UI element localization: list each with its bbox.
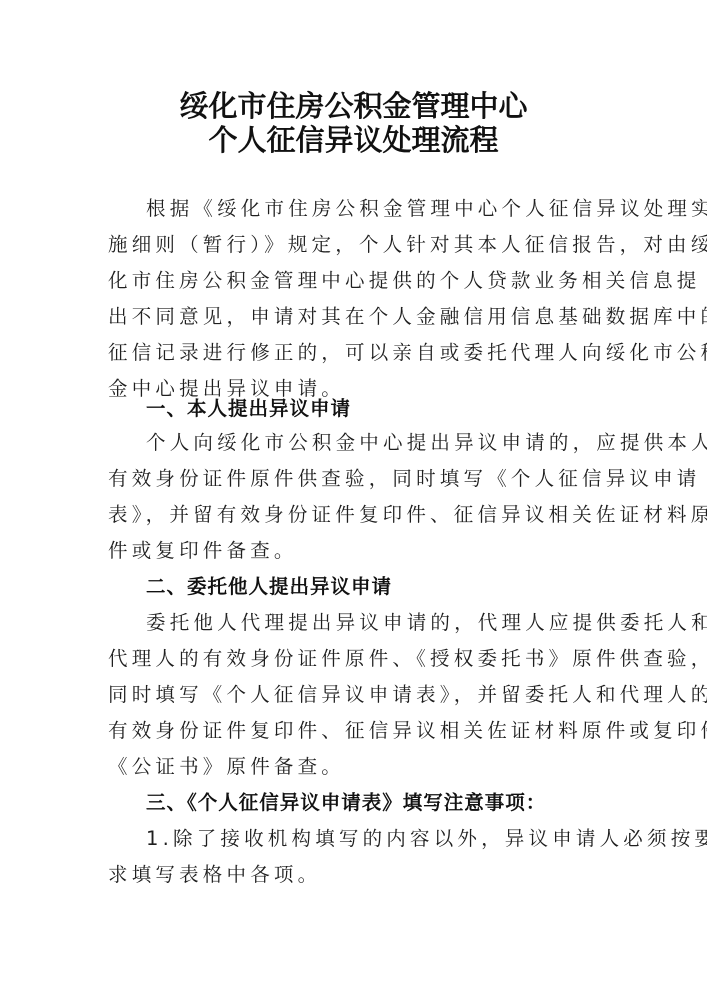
section-heading-1: 一、本人提出异议申请 [146,397,656,421]
section-3-line: 1.除了接收机构填写的内容以外，异议申请人必须按要 [146,827,656,851]
intro-line: 化市住房公积金管理中心提供的个人贷款业务相关信息提 [108,269,618,293]
section-1-line: 个人向绥化市公积金中心提出异议申请的，应提供本人 [146,431,656,455]
section-2-line: 委托他人代理提出异议申请的，代理人应提供委托人和 [146,611,656,635]
section-heading-2: 二、委托他人提出异议申请 [146,575,656,599]
intro-line: 施细则（暂行）》规定，个人针对其本人征信报告，对由绥 [108,233,618,257]
section-1-line: 有效身份证件原件供查验，同时填写《个人征信异议申请 [108,467,618,491]
intro-line: 根据《绥化市住房公积金管理中心个人征信异议处理实 [146,197,656,221]
section-2-line: 同时填写《个人征信异议申请表》，并留委托人和代理人的 [108,683,618,707]
intro-line: 征信记录进行修正的，可以亲自或委托代理人向绥化市公积 [108,341,618,365]
document-title-line-2: 个人征信异议处理流程 [0,118,707,159]
section-3-line: 求填写表格中各项。 [108,863,618,887]
section-1-line: 件或复印件备查。 [108,539,618,563]
section-2-line: 《公证书》原件备查。 [108,755,618,779]
section-2-line: 有效身份证件复印件、征信异议相关佐证材料原件或复印件、 [108,719,618,743]
section-2-line: 代理人的有效身份证件原件、《授权委托书》原件供查验， [108,647,618,671]
document-page: 绥化市住房公积金管理中心 个人征信异议处理流程 根据《绥化市住房公积金管理中心个… [0,0,707,1000]
section-heading-3: 三、《个人征信异议申请表》填写注意事项： [146,791,656,815]
section-1-line: 表》，并留有效身份证件复印件、征信异议相关佐证材料原 [108,503,618,527]
intro-line: 出不同意见，申请对其在个人金融信用信息基础数据库中的 [108,305,618,329]
